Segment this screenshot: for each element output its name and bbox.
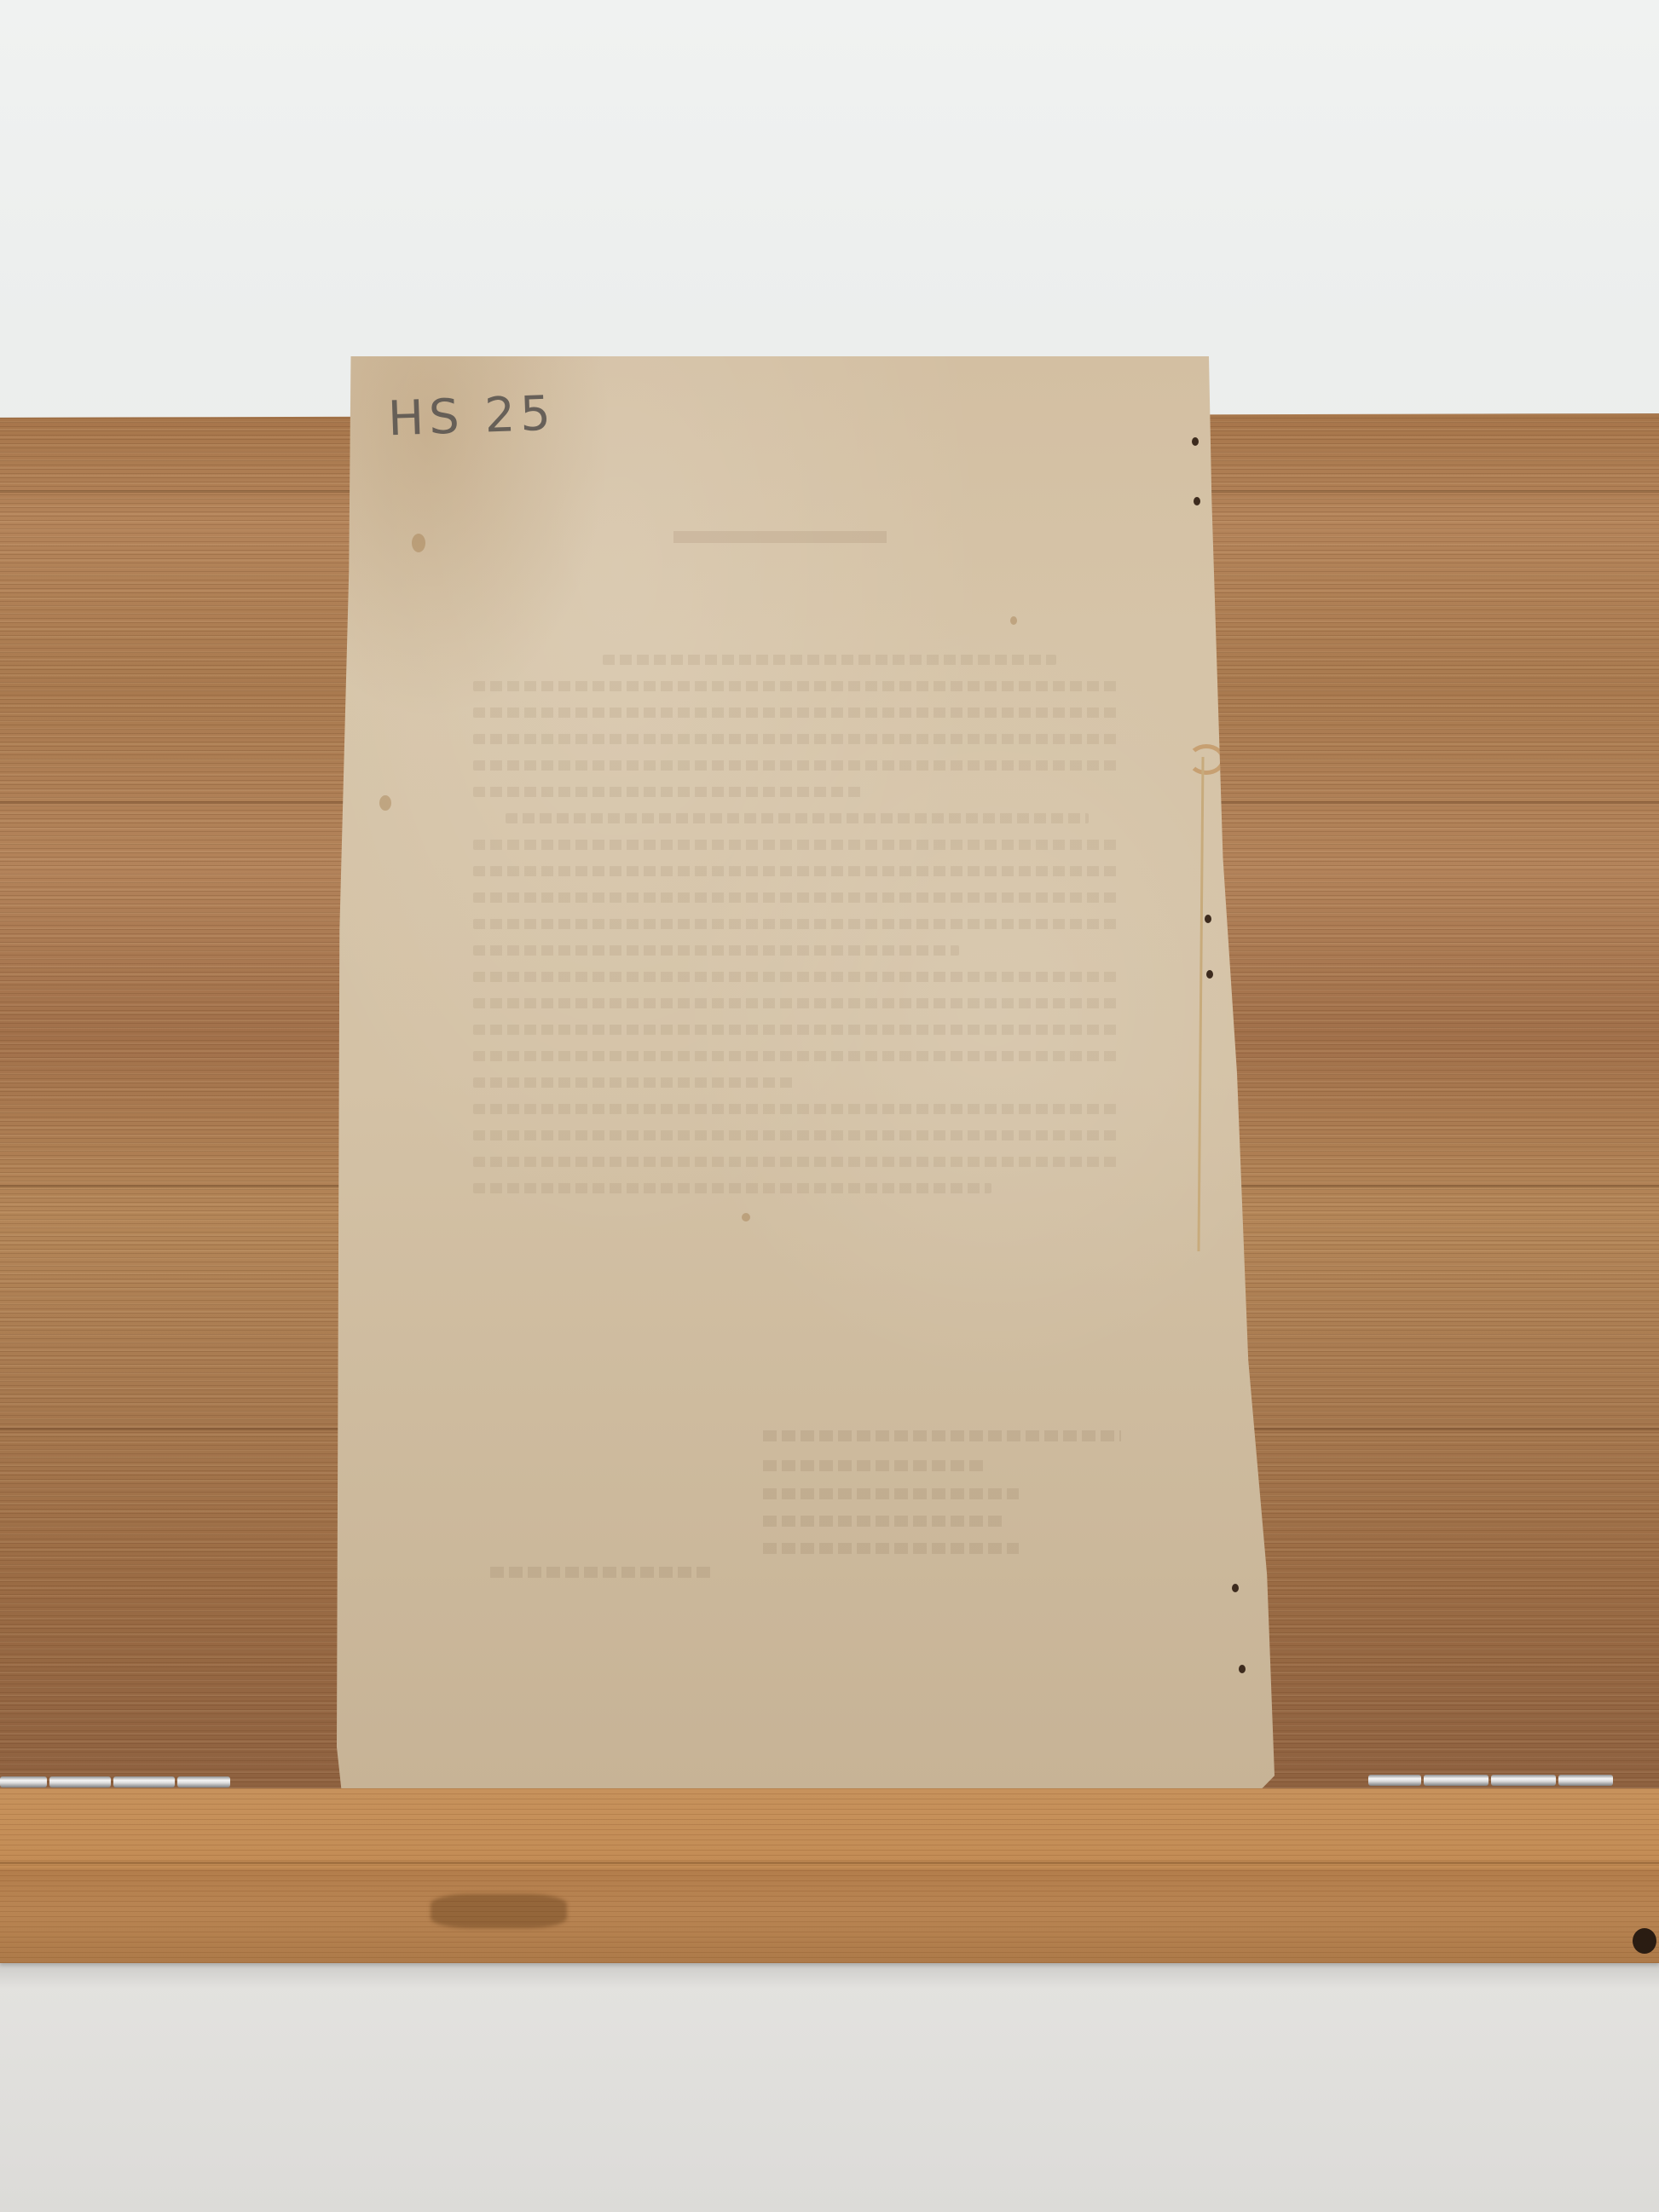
foxing-stain xyxy=(1010,616,1017,625)
hinge-knuckle xyxy=(0,1776,47,1788)
hinge-knuckle xyxy=(113,1776,175,1788)
bleed-through-line xyxy=(473,1025,1121,1035)
binding-hole xyxy=(1232,1584,1239,1592)
hinge-knuckle xyxy=(1558,1775,1613,1786)
ledge-shadow xyxy=(0,1963,1659,1989)
bleed-through-line xyxy=(473,681,1121,691)
binding-hole xyxy=(1239,1665,1246,1673)
aged-document-page: HS 25 xyxy=(337,356,1275,1790)
bleed-through-text-block xyxy=(473,655,1121,1210)
hinge-knuckle xyxy=(1491,1775,1556,1786)
foxing-stain xyxy=(412,534,425,552)
bleed-through-line xyxy=(473,1077,797,1088)
photo-scene: HS 25 xyxy=(0,0,1659,2212)
bleed-through-signature xyxy=(490,1567,712,1578)
bleed-through-line xyxy=(506,813,1089,823)
foxing-stain xyxy=(379,795,391,811)
bleed-through-line xyxy=(473,945,959,956)
binding-hole xyxy=(1206,970,1213,979)
bleed-through-signature xyxy=(763,1430,1121,1441)
bleed-through-line xyxy=(473,1157,1121,1167)
bleed-through-line xyxy=(473,866,1121,876)
hinge-knuckle xyxy=(1368,1775,1421,1786)
bleed-through-line xyxy=(473,707,1121,718)
bleed-through-line xyxy=(473,1051,1121,1061)
bleed-through-line xyxy=(473,998,1121,1008)
hinge-knuckle xyxy=(1424,1775,1488,1786)
binding-hole xyxy=(1192,437,1199,446)
hinge-right xyxy=(1368,1775,1613,1786)
bleed-through-line xyxy=(473,840,1121,850)
ledge-edge xyxy=(0,1862,1659,1864)
bamboo-book-stand-ledge xyxy=(0,1788,1659,1963)
ledge-peg-hole xyxy=(1633,1928,1656,1954)
bleed-through-signature xyxy=(763,1460,985,1471)
bleed-through-signature xyxy=(763,1543,1019,1554)
binding-hole xyxy=(1205,915,1211,923)
bleed-through-line xyxy=(473,734,1121,744)
bleed-through-line xyxy=(603,655,1056,665)
binding-hole xyxy=(1194,497,1200,505)
bleed-through-line xyxy=(473,972,1121,982)
hinge-left xyxy=(0,1776,230,1788)
bleed-through-line xyxy=(473,1104,1121,1114)
binding-string xyxy=(1197,757,1204,1251)
bleed-through-heading xyxy=(673,531,887,543)
bleed-through-line xyxy=(473,1130,1121,1141)
bleed-through-line xyxy=(473,892,1121,903)
binding-string-knot xyxy=(1188,744,1225,775)
hinge-knuckle xyxy=(177,1776,230,1788)
bleed-through-line xyxy=(473,760,1121,771)
bleed-through-signature xyxy=(763,1488,1019,1499)
bleed-through-line xyxy=(473,919,1121,929)
foxing-stain xyxy=(742,1213,750,1222)
bleed-through-line xyxy=(473,1183,991,1193)
hinge-knuckle xyxy=(49,1776,111,1788)
bleed-through-line xyxy=(473,787,862,797)
bleed-through-signature xyxy=(763,1516,1002,1527)
handwritten-catalog-note: HS 25 xyxy=(387,386,557,448)
ledge-wood-knot xyxy=(431,1894,567,1928)
